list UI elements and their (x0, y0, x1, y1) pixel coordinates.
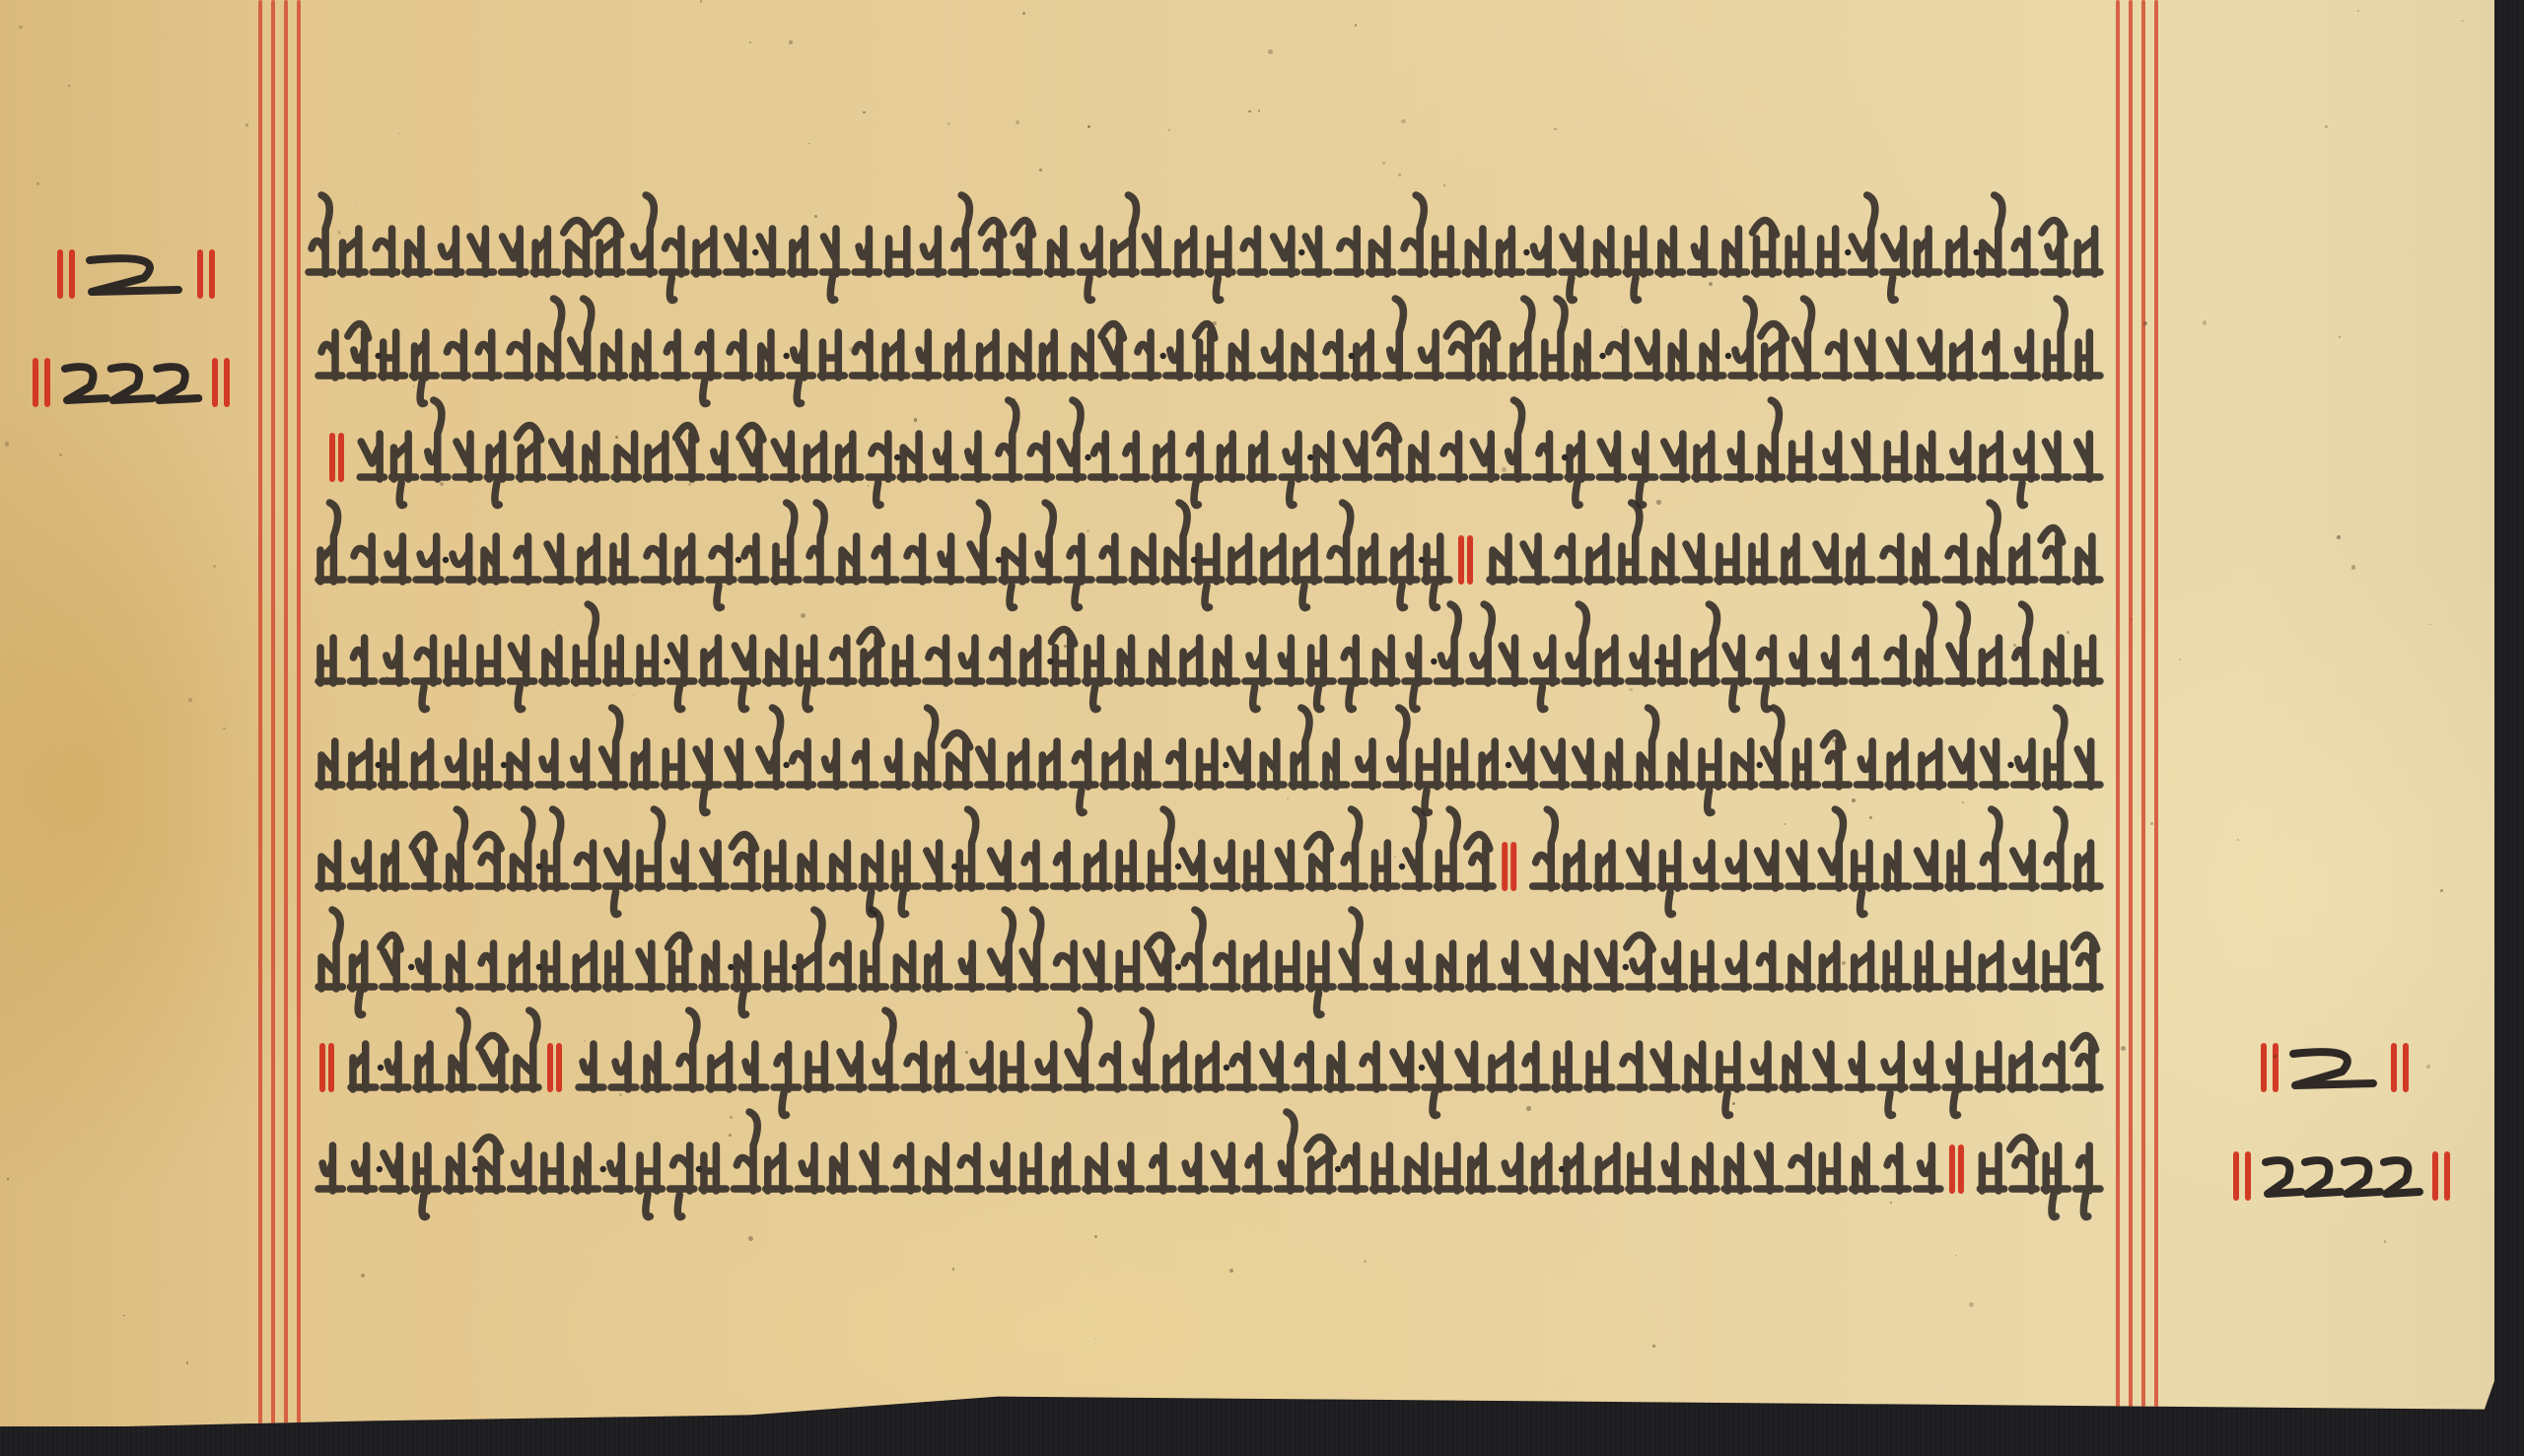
paper-speck (1016, 120, 1019, 124)
paper-speck (2461, 20, 2463, 22)
paper-speck (990, 1063, 993, 1066)
word-separator-dot (1307, 454, 1313, 460)
word-separator-dot (1431, 659, 1437, 664)
red-danda-mark (1505, 845, 1513, 888)
paper-speck (849, 347, 854, 352)
paper-speck (700, 0, 703, 3)
paper-speck (1087, 529, 1089, 532)
paper-speck (2150, 822, 2153, 825)
paper-speck (1554, 128, 1556, 130)
paper-speck (1795, 1192, 1797, 1194)
paper-speck (2440, 889, 2443, 892)
right-margin-folio-count: ॥·१५३५ ॥ (2230, 1139, 2457, 1208)
word-separator-dot (443, 557, 449, 563)
margin-rule-line (2129, 0, 2133, 1410)
paper-speck (1087, 125, 1090, 128)
ink-strokes (318, 910, 2100, 1015)
paper-speck (1955, 1255, 1957, 1257)
paper-speck (1526, 1106, 1531, 1111)
margin-rule-line (2141, 0, 2145, 1410)
manuscript-text-line (315, 626, 2105, 695)
paper-speck (914, 418, 918, 422)
word-separator-dot (996, 557, 1002, 563)
word-separator-dot (783, 353, 789, 359)
left-margin-rules (258, 0, 301, 1426)
paper-speck (355, 206, 356, 207)
paper-speck (947, 122, 950, 125)
paper-speck (1962, 801, 1964, 803)
word-separator-dot (1399, 864, 1405, 869)
paper-speck (2121, 1046, 2126, 1051)
paper-speck (618, 339, 620, 341)
paper-speck (1652, 1345, 1655, 1348)
paper-speck (1382, 162, 1385, 165)
paper-speck (1969, 1302, 1974, 1307)
handwritten-script (306, 217, 2105, 306)
paper-speck (2429, 624, 2431, 626)
paper-speck (386, 676, 388, 679)
paper-speck (2384, 1240, 2387, 1243)
paper-speck (123, 1315, 125, 1317)
paper-speck (2426, 1065, 2430, 1069)
paper-speck (1734, 783, 1736, 785)
paper-speck (93, 114, 95, 116)
ink-numeral (2293, 1052, 2373, 1085)
paper-speck (223, 728, 226, 730)
paper-speck (2351, 565, 2355, 569)
handwritten-script (315, 524, 2105, 613)
paper-speck (1732, 1102, 1735, 1105)
paper-speck (413, 385, 415, 387)
paper-speck (1355, 24, 1358, 27)
margin-rule-line (2116, 0, 2120, 1410)
word-separator-dot (378, 1065, 384, 1071)
paper-speck (186, 1361, 189, 1364)
paper-speck (1941, 1388, 1942, 1389)
paper-speck (398, 133, 399, 134)
paper-speck (870, 450, 872, 451)
paper-speck (1514, 756, 1518, 760)
paper-speck (1890, 1202, 1892, 1204)
word-separator-dot (472, 1166, 478, 1172)
paper-speck (1229, 1269, 1233, 1273)
paper-speck (1656, 500, 1661, 505)
right-margin-folio-number: ॥ २ ॥ (2258, 1030, 2416, 1099)
word-separator-dot (2007, 762, 2013, 768)
paper-speck (2357, 10, 2359, 12)
paper-speck (1258, 109, 1260, 111)
paper-speck (1248, 110, 1251, 113)
ink-strokes (360, 400, 2100, 506)
manuscript-text-line (315, 1032, 2105, 1101)
manuscript-text-line (315, 729, 2105, 798)
manuscript-text-line (306, 217, 2105, 286)
ink-strokes (318, 708, 2100, 813)
paper-speck (380, 947, 384, 951)
word-separator-dot (1224, 1065, 1229, 1071)
paper-speck (2274, 1055, 2277, 1058)
word-separator-dot (377, 1166, 383, 1172)
handwritten-script (315, 1032, 2105, 1121)
paper-speck (213, 565, 216, 568)
paper-speck (1398, 173, 1401, 176)
paper-speck (1629, 688, 1632, 691)
paper-speck (1852, 798, 1856, 802)
word-separator-dot (1845, 249, 1851, 255)
paper-speck (1401, 119, 1406, 124)
ink-strokes (318, 809, 2100, 915)
paper-speck (7, 1178, 9, 1180)
paper-speck (763, 862, 764, 863)
paper-speck (1022, 12, 1025, 15)
paper-speck (2412, 871, 2413, 872)
handwritten-script (315, 831, 2105, 920)
word-separator-dot (1175, 964, 1181, 970)
margin-rule-line (284, 0, 288, 1426)
word-separator-dot (1757, 762, 1763, 768)
word-separator-dot (501, 762, 507, 768)
paper-speck (68, 85, 70, 87)
word-separator-dot (894, 454, 900, 460)
word-separator-dot (1973, 249, 1979, 255)
paper-speck (353, 954, 356, 957)
paper-speck (749, 41, 751, 43)
paper-speck (1287, 797, 1289, 799)
paper-speck (2143, 321, 2147, 325)
ink-strokes (309, 195, 2100, 301)
paper-speck (808, 143, 809, 144)
margin-rule-line (271, 0, 275, 1426)
paper-speck (801, 613, 806, 618)
paper-speck (604, 171, 605, 172)
word-separator-dot (1085, 454, 1090, 460)
paper-speck (2067, 631, 2069, 634)
ink-numeral (2266, 1160, 2419, 1194)
margin-rule-line (2154, 0, 2158, 1410)
paper-speck (868, 485, 869, 486)
red-danda-mark (332, 436, 341, 479)
paper-speck (1094, 1235, 1097, 1238)
paper-speck (128, 391, 131, 394)
ink-strokes (318, 604, 2100, 710)
manuscript-text-line (315, 524, 2105, 593)
paper-speck (863, 111, 865, 113)
word-separator-dot (1599, 353, 1605, 359)
paper-speck (748, 1236, 753, 1241)
paper-speck (5, 442, 10, 447)
paper-speck (2325, 125, 2328, 128)
word-separator-dot (1419, 1065, 1425, 1071)
word-separator-dot (783, 762, 789, 768)
margin-numeral (2230, 1139, 2457, 1217)
red-danda-mark (550, 1046, 559, 1089)
paper-speck (1168, 129, 1170, 131)
handwritten-script (325, 422, 2105, 511)
paper-speck (2172, 116, 2173, 117)
margin-numeral (54, 237, 222, 315)
paper-speck (59, 453, 62, 456)
ink-numeral (65, 367, 198, 400)
paper-speck (584, 1040, 586, 1042)
paper-speck (618, 563, 621, 566)
paper-speck (2179, 659, 2181, 660)
paper-speck (1785, 823, 1787, 825)
paper-speck (688, 483, 691, 486)
ink-strokes (318, 503, 2100, 608)
paper-speck (1300, 441, 1302, 443)
word-separator-dot (408, 964, 414, 970)
ink-strokes (351, 1010, 2100, 1116)
paper-speck (2048, 1180, 2051, 1183)
word-separator-dot (1623, 964, 1629, 970)
ink-strokes (318, 299, 2100, 404)
paper-speck (2237, 839, 2239, 841)
word-separator-dot (1506, 762, 1511, 768)
paper-speck (1268, 49, 1273, 54)
paper-speck (361, 1274, 365, 1278)
paper-speck (188, 698, 192, 702)
red-danda-mark (1461, 538, 1470, 582)
paper-speck (245, 123, 248, 126)
paper-speck (1709, 282, 1713, 286)
word-separator-dot (736, 557, 741, 563)
paper-speck (36, 182, 40, 186)
paper-speck (970, 960, 972, 962)
word-separator-dot (752, 249, 758, 255)
manuscript-text-line (315, 831, 2105, 900)
ink-numeral (90, 258, 178, 292)
word-separator-dot (599, 1166, 605, 1172)
paper-speck (337, 231, 341, 235)
word-separator-dot (664, 659, 669, 664)
handwritten-script (315, 320, 2105, 409)
margin-rule-line (297, 0, 301, 1426)
red-danda-mark (322, 1046, 331, 1089)
handwritten-script (315, 1134, 2105, 1222)
margin-rule-line (258, 0, 262, 1426)
word-separator-dot (1223, 762, 1228, 768)
word-separator-dot (1160, 353, 1166, 359)
paper-speck (1727, 1072, 1730, 1075)
handwritten-script (315, 932, 2105, 1020)
paper-speck (789, 40, 793, 44)
word-separator-dot (1725, 353, 1731, 359)
left-margin-folio-number: ॥ २ ॥ (54, 237, 222, 306)
word-separator-dot (1523, 249, 1529, 255)
margin-numeral (30, 345, 237, 424)
ink-strokes (318, 1112, 2100, 1217)
paper-speck (952, 1268, 954, 1270)
left-margin-folio-count: ॥ १८५ ॥ (30, 345, 237, 414)
manuscript-text-line (315, 932, 2105, 1001)
paper-speck (2130, 618, 2133, 621)
word-separator-dot (1298, 249, 1304, 255)
manuscript-text-line (325, 422, 2105, 491)
word-separator-dot (1175, 864, 1181, 869)
right-margin-rules (2116, 0, 2158, 1410)
word-separator-dot (1335, 1166, 1341, 1172)
paper-speck (1020, 537, 1024, 541)
manuscript-text-line (315, 320, 2105, 389)
paper-speck (2339, 336, 2341, 338)
paper-speck (2203, 320, 2208, 325)
paper-speck (2013, 644, 2015, 646)
word-separator-dot (728, 964, 734, 970)
paper-speck (1364, 1260, 1367, 1263)
paper-speck (615, 436, 618, 439)
handwritten-script (315, 729, 2105, 818)
paper-speck (1017, 953, 1017, 954)
paper-speck (1394, 856, 1396, 858)
paper-speck (1095, 1338, 1096, 1339)
handwritten-script (315, 626, 2105, 715)
paper-speck (32, 1045, 34, 1047)
margin-numeral (2258, 1030, 2416, 1109)
manuscript-text-line (315, 1134, 2105, 1203)
paper-speck (2337, 535, 2342, 540)
paper-speck (19, 26, 23, 30)
paper-speck (1502, 467, 1507, 472)
manuscript-folio: ॥ २ ॥ ॥ १८५ ॥ ॥ २ ॥ ॥·१५३५ ॥ (0, 0, 2494, 1426)
paper-speck (1443, 184, 1445, 186)
paper-speck (1039, 169, 1042, 172)
red-danda-mark (1952, 1147, 1961, 1191)
